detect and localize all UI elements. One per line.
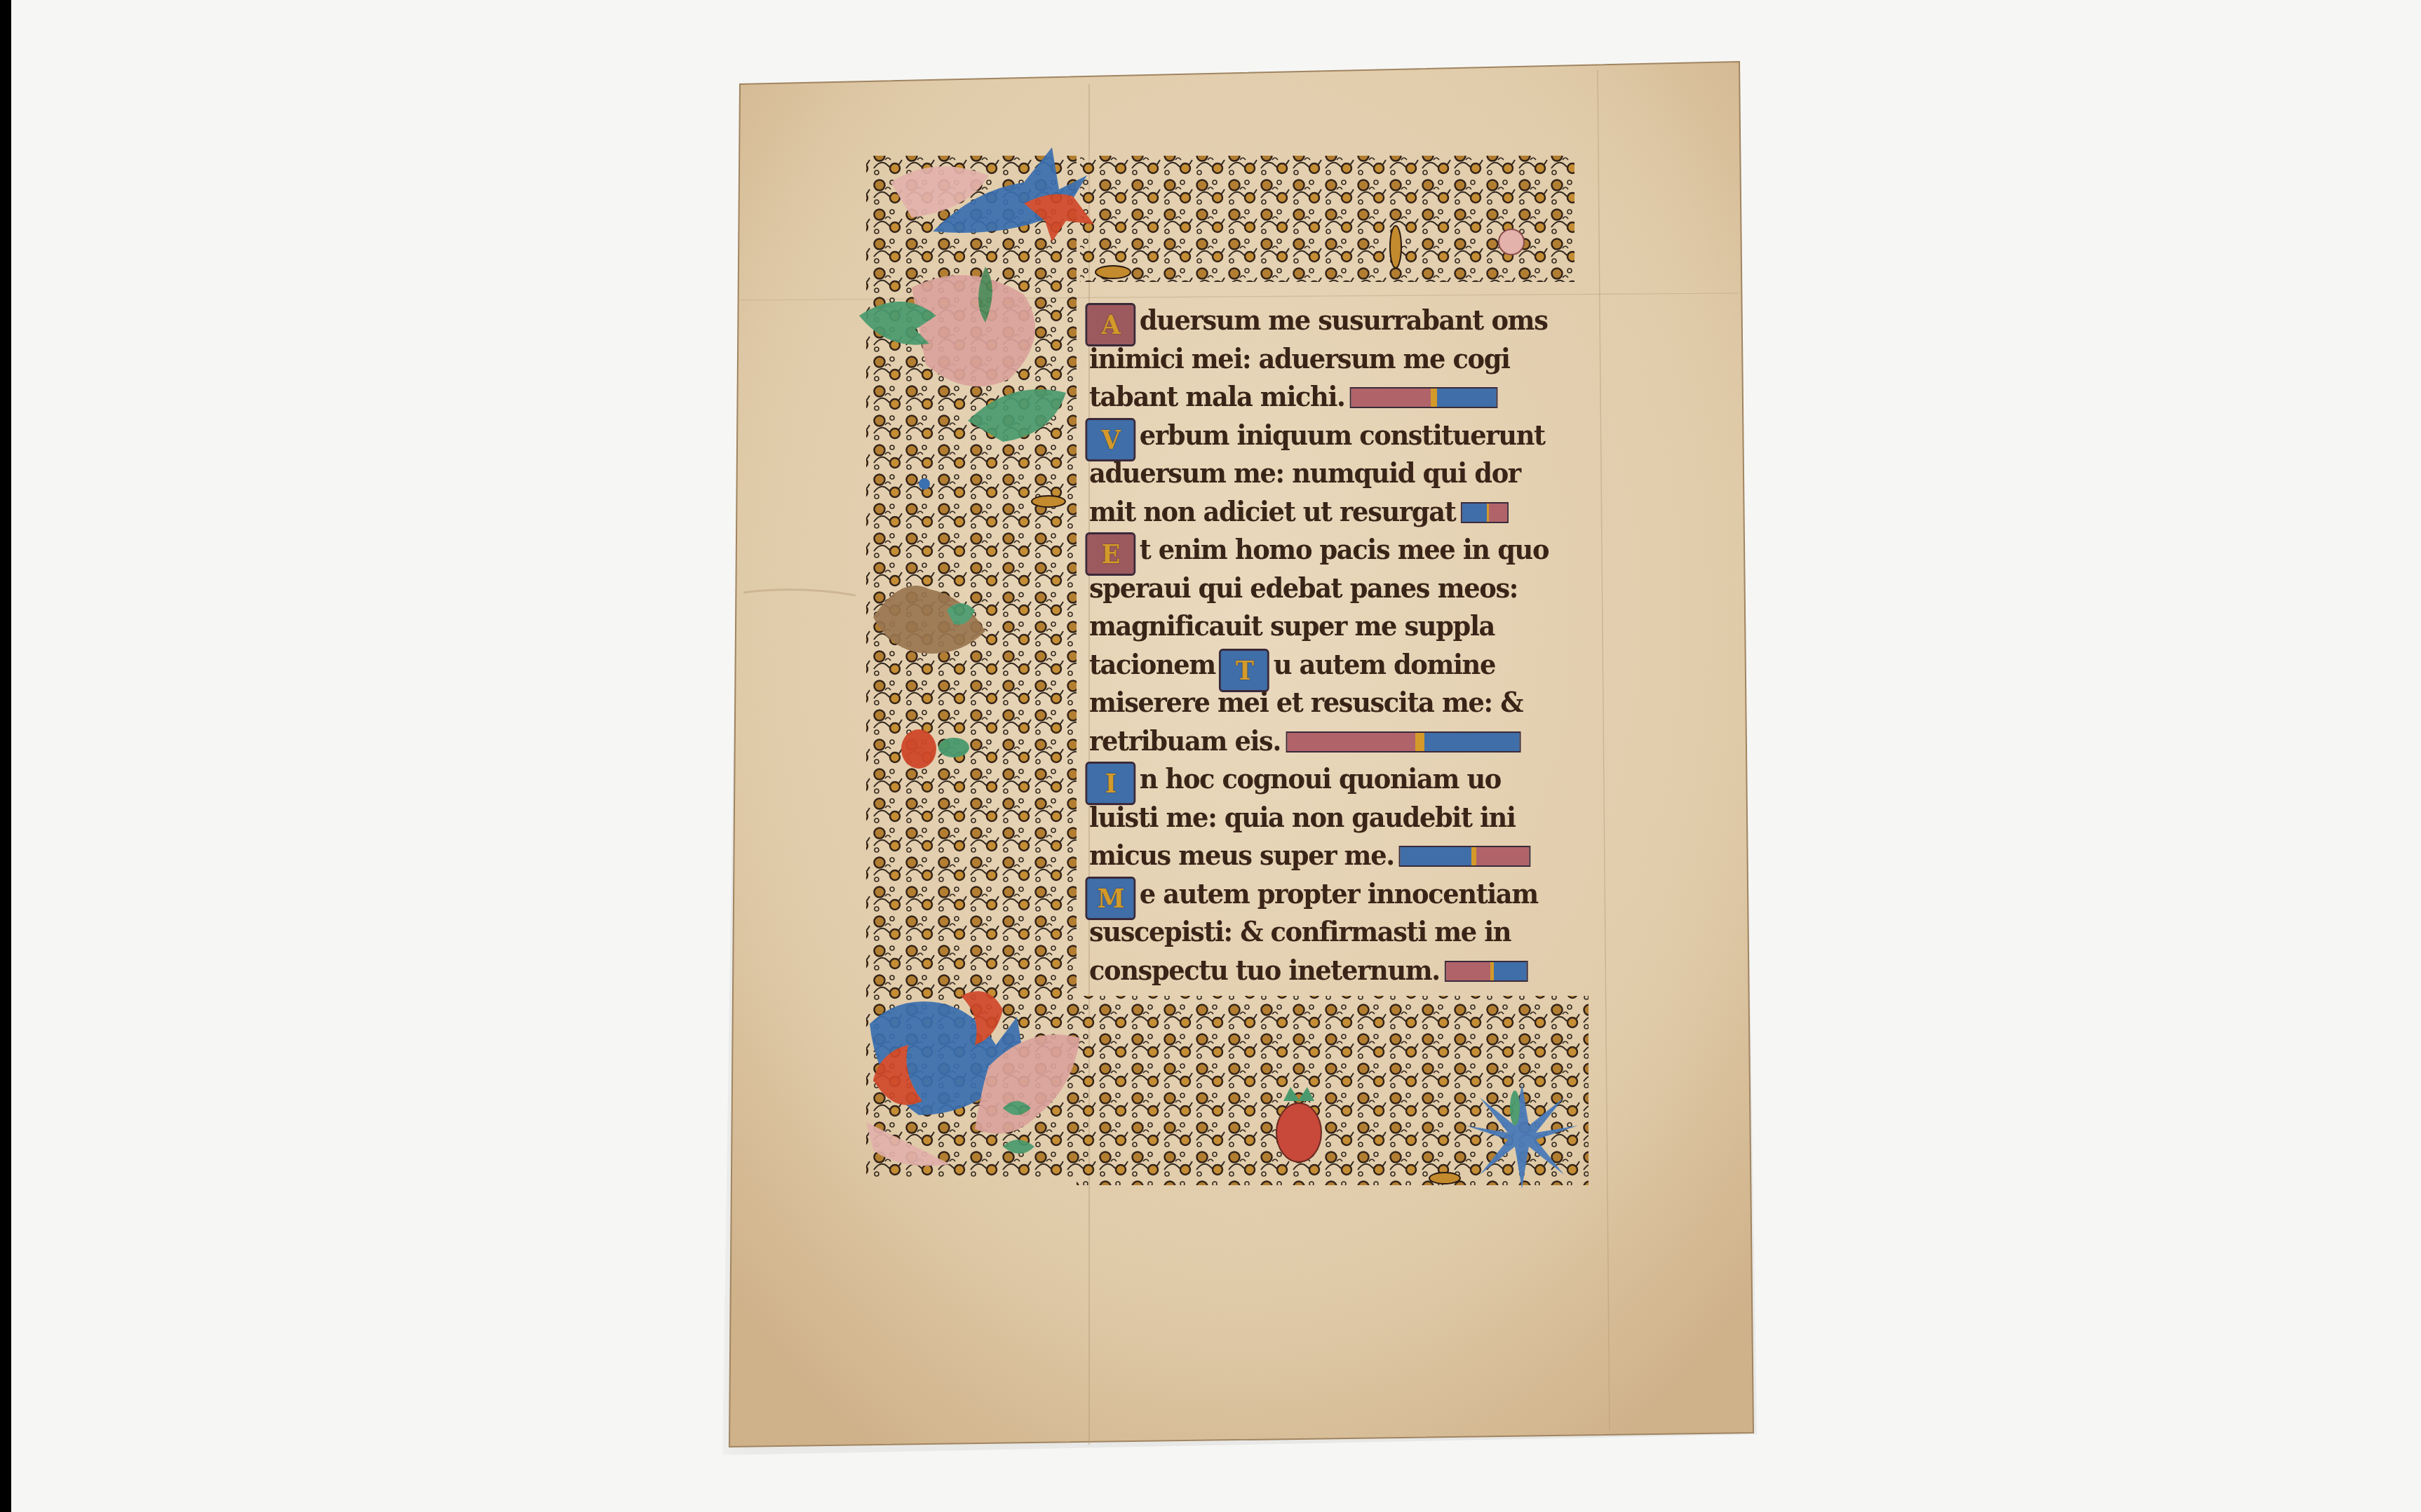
text-line-3: tabant mala michi. <box>1089 378 1553 417</box>
text-line-6: mit non adiciet ut resurgat <box>1089 493 1553 532</box>
rose-bud <box>1499 229 1524 255</box>
text-line-12: retribuam eis. <box>1089 722 1553 761</box>
line-filler <box>1461 502 1509 523</box>
psalm-text-block: A duersum me susurrabant oms inimici mei… <box>1089 302 1594 990</box>
text-line-17: suscepisti: & confirmasti me in <box>1089 913 1553 952</box>
line-filler <box>1350 387 1498 408</box>
text-line-9: magnificauit super me suppla <box>1089 607 1553 646</box>
line-filler <box>1399 846 1531 867</box>
text-line-11: miserere mei et resuscita me: & <box>1089 684 1553 722</box>
line-filler <box>1445 961 1528 982</box>
text-line-1: A duersum me susurrabant oms <box>1089 302 1553 340</box>
manuscript-leaf: A duersum me susurrabant oms inimici mei… <box>0 0 2421 1512</box>
text-line-13: I n hoc cognoui quoniam uo <box>1089 760 1553 799</box>
text-line-2: inimici mei: aduersum me cogi <box>1089 340 1553 379</box>
top-border <box>1080 156 1574 282</box>
text-line-10: tacionemTu autem domine <box>1089 646 1553 684</box>
bottom-border <box>1077 996 1589 1185</box>
text-line-14: luisti me: quia non gaudebit ini <box>1089 799 1553 837</box>
text-line-5: aduersum me: numquid qui dor <box>1089 454 1553 493</box>
text-line-7: E t enim homo pacis mee in quo <box>1089 531 1553 569</box>
line-filler <box>1286 731 1520 752</box>
text-line-8: speraui qui edebat panes meos: <box>1089 569 1553 608</box>
text-line-16: M e autem propter innocentiam <box>1089 875 1553 914</box>
text-line-18: conspectu tuo ineternum. <box>1089 952 1553 990</box>
text-line-4: V erbum iniquum constituerunt <box>1089 417 1553 455</box>
text-line-15: micus meus super me. <box>1089 837 1553 875</box>
